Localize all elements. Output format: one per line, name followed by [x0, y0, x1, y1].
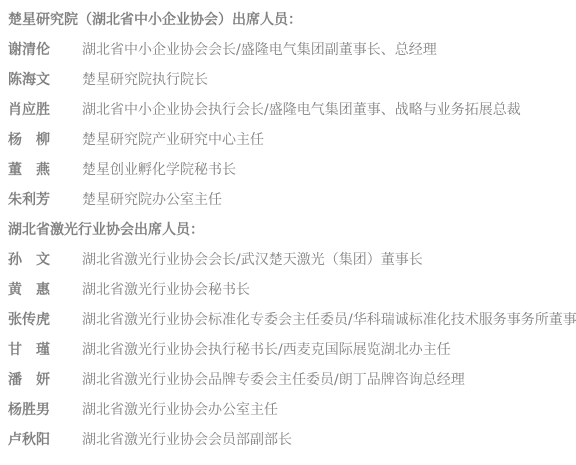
- attendee-row: 黄 惠湖北省激光行业协会秘书长: [8, 275, 568, 305]
- attendee-title: 楚星研究院办公室主任: [82, 185, 568, 215]
- attendee-title: 楚星研究院产业研究中心主任: [82, 125, 568, 155]
- attendee-row: 肖应胜湖北省中小企业协会执行会长/盛隆电气集团董事、战略与业务拓展总裁: [8, 95, 568, 125]
- attendee-row: 潘 妍湖北省激光行业协会品牌专委会主任委员/朗丁品牌咨询总经理: [8, 365, 568, 395]
- attendee-row: 卢秋阳湖北省激光行业协会会员部副部长: [8, 425, 568, 455]
- attendee-row: 甘 瑾湖北省激光行业协会执行秘书长/西麦克国际展览湖北办主任: [8, 335, 568, 365]
- attendee-row: 陈海文楚星研究院执行院长: [8, 65, 568, 95]
- attendee-row: 孙 文湖北省激光行业协会会长/武汉楚天激光（集团）董事长: [8, 245, 568, 275]
- attendee-name: 甘 瑾: [8, 335, 82, 365]
- attendee-title: 湖北省中小企业协会会长/盛隆电气集团副董事长、总经理: [82, 35, 568, 65]
- attendee-row: 谢清伦湖北省中小企业协会会长/盛隆电气集团副董事长、总经理: [8, 35, 568, 65]
- attendee-name: 朱利芳: [8, 185, 82, 215]
- section-heading: 楚星研究院（湖北省中小企业协会）出席人员：: [8, 5, 568, 35]
- attendee-row: 朱利芳楚星研究院办公室主任: [8, 185, 568, 215]
- attendee-title: 楚星创业孵化学院秘书长: [82, 155, 568, 185]
- attendee-name: 杨胜男: [8, 395, 82, 425]
- attendee-title: 湖北省激光行业协会秘书长: [82, 275, 568, 305]
- attendee-name: 卢秋阳: [8, 425, 82, 455]
- attendee-name: 张传虎: [8, 305, 82, 335]
- attendee-title: 湖北省激光行业协会品牌专委会主任委员/朗丁品牌咨询总经理: [82, 365, 568, 395]
- attendee-row: 杨胜男湖北省激光行业协会办公室主任: [8, 395, 568, 425]
- attendee-name: 杨 柳: [8, 125, 82, 155]
- attendee-name: 孙 文: [8, 245, 82, 275]
- attendee-row: 杨 柳楚星研究院产业研究中心主任: [8, 125, 568, 155]
- attendee-list-page: 楚星研究院（湖北省中小企业协会）出席人员：谢清伦湖北省中小企业协会会长/盛隆电气…: [0, 0, 576, 465]
- attendee-name: 肖应胜: [8, 95, 82, 125]
- attendee-title: 湖北省激光行业协会执行秘书长/西麦克国际展览湖北办主任: [82, 335, 568, 365]
- attendee-name: 黄 惠: [8, 275, 82, 305]
- attendee-title: 湖北省激光行业协会标准化专委会主任委员/华科瑞诚标准化技术服务事务所董事长: [82, 305, 576, 335]
- attendee-row: 董 燕楚星创业孵化学院秘书长: [8, 155, 568, 185]
- attendee-title: 湖北省激光行业协会会长/武汉楚天激光（集团）董事长: [82, 245, 568, 275]
- attendee-title: 楚星研究院执行院长: [82, 65, 568, 95]
- attendee-row: 张传虎湖北省激光行业协会标准化专委会主任委员/华科瑞诚标准化技术服务事务所董事长: [8, 305, 568, 335]
- attendee-title: 湖北省激光行业协会办公室主任: [82, 395, 568, 425]
- attendee-list: 楚星研究院（湖北省中小企业协会）出席人员：谢清伦湖北省中小企业协会会长/盛隆电气…: [8, 5, 568, 455]
- section-heading: 湖北省激光行业协会出席人员：: [8, 215, 568, 245]
- attendee-name: 董 燕: [8, 155, 82, 185]
- attendee-name: 谢清伦: [8, 35, 82, 65]
- attendee-title: 湖北省中小企业协会执行会长/盛隆电气集团董事、战略与业务拓展总裁: [82, 95, 568, 125]
- attendee-title: 湖北省激光行业协会会员部副部长: [82, 425, 568, 455]
- attendee-name: 陈海文: [8, 65, 82, 95]
- attendee-name: 潘 妍: [8, 365, 82, 395]
